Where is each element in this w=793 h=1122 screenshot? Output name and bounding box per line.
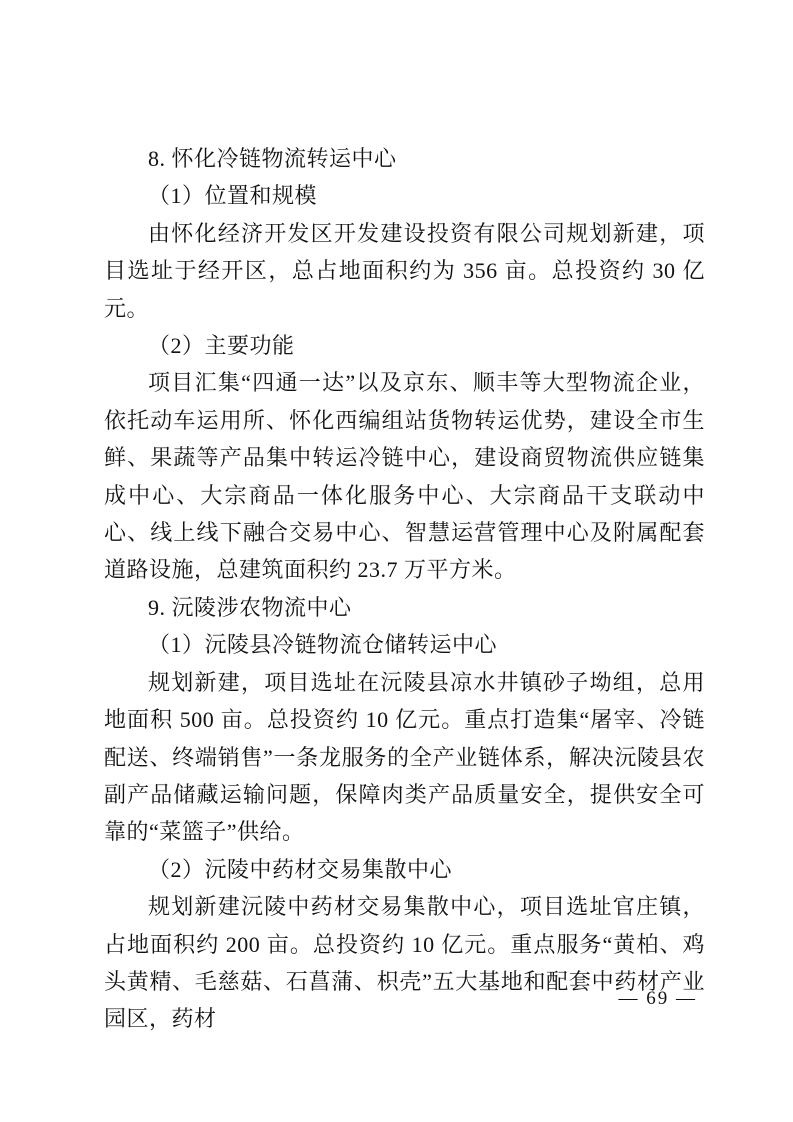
subheading-yuanling-cold-chain-warehouse: （1）沅陵县冷链物流仓储转运中心 — [104, 626, 705, 663]
section-heading-8-huaihua-cold-chain: 8. 怀化冷链物流转运中心 — [104, 140, 705, 177]
paragraph-main-functions: 项目汇集“四通一达”以及京东、顺丰等大型物流企业，依托动车运用所、怀化西编组站货… — [104, 364, 705, 588]
paragraph-yuanling-cold-chain-warehouse: 规划新建，项目选址在沅陵县凉水井镇砂子坳组，总用地面积 500 亩。总投资约 1… — [104, 664, 705, 851]
paragraph-location-and-scale: 由怀化经济开发区开发建设投资有限公司规划新建，项目选址于经开区，总占地面积约为 … — [104, 215, 705, 327]
document-page: 8. 怀化冷链物流转运中心 （1）位置和规模 由怀化经济开发区开发建设投资有限公… — [0, 0, 793, 1122]
section-heading-9-yuanling-agri-logistics: 9. 沅陵涉农物流中心 — [104, 589, 705, 626]
paragraph-yuanling-herb-trading-center: 规划新建沅陵中药材交易集散中心，项目选址官庄镇，占地面积约 200 亩。总投资约… — [104, 888, 705, 1038]
subheading-location-and-scale: （1）位置和规模 — [104, 177, 705, 214]
subheading-yuanling-herb-trading-center: （2）沅陵中药材交易集散中心 — [104, 851, 705, 888]
subheading-main-functions: （2）主要功能 — [104, 327, 705, 364]
page-number: — 69 — — [619, 988, 698, 1010]
document-text-block: 8. 怀化冷链物流转运中心 （1）位置和规模 由怀化经济开发区开发建设投资有限公… — [104, 140, 705, 1038]
